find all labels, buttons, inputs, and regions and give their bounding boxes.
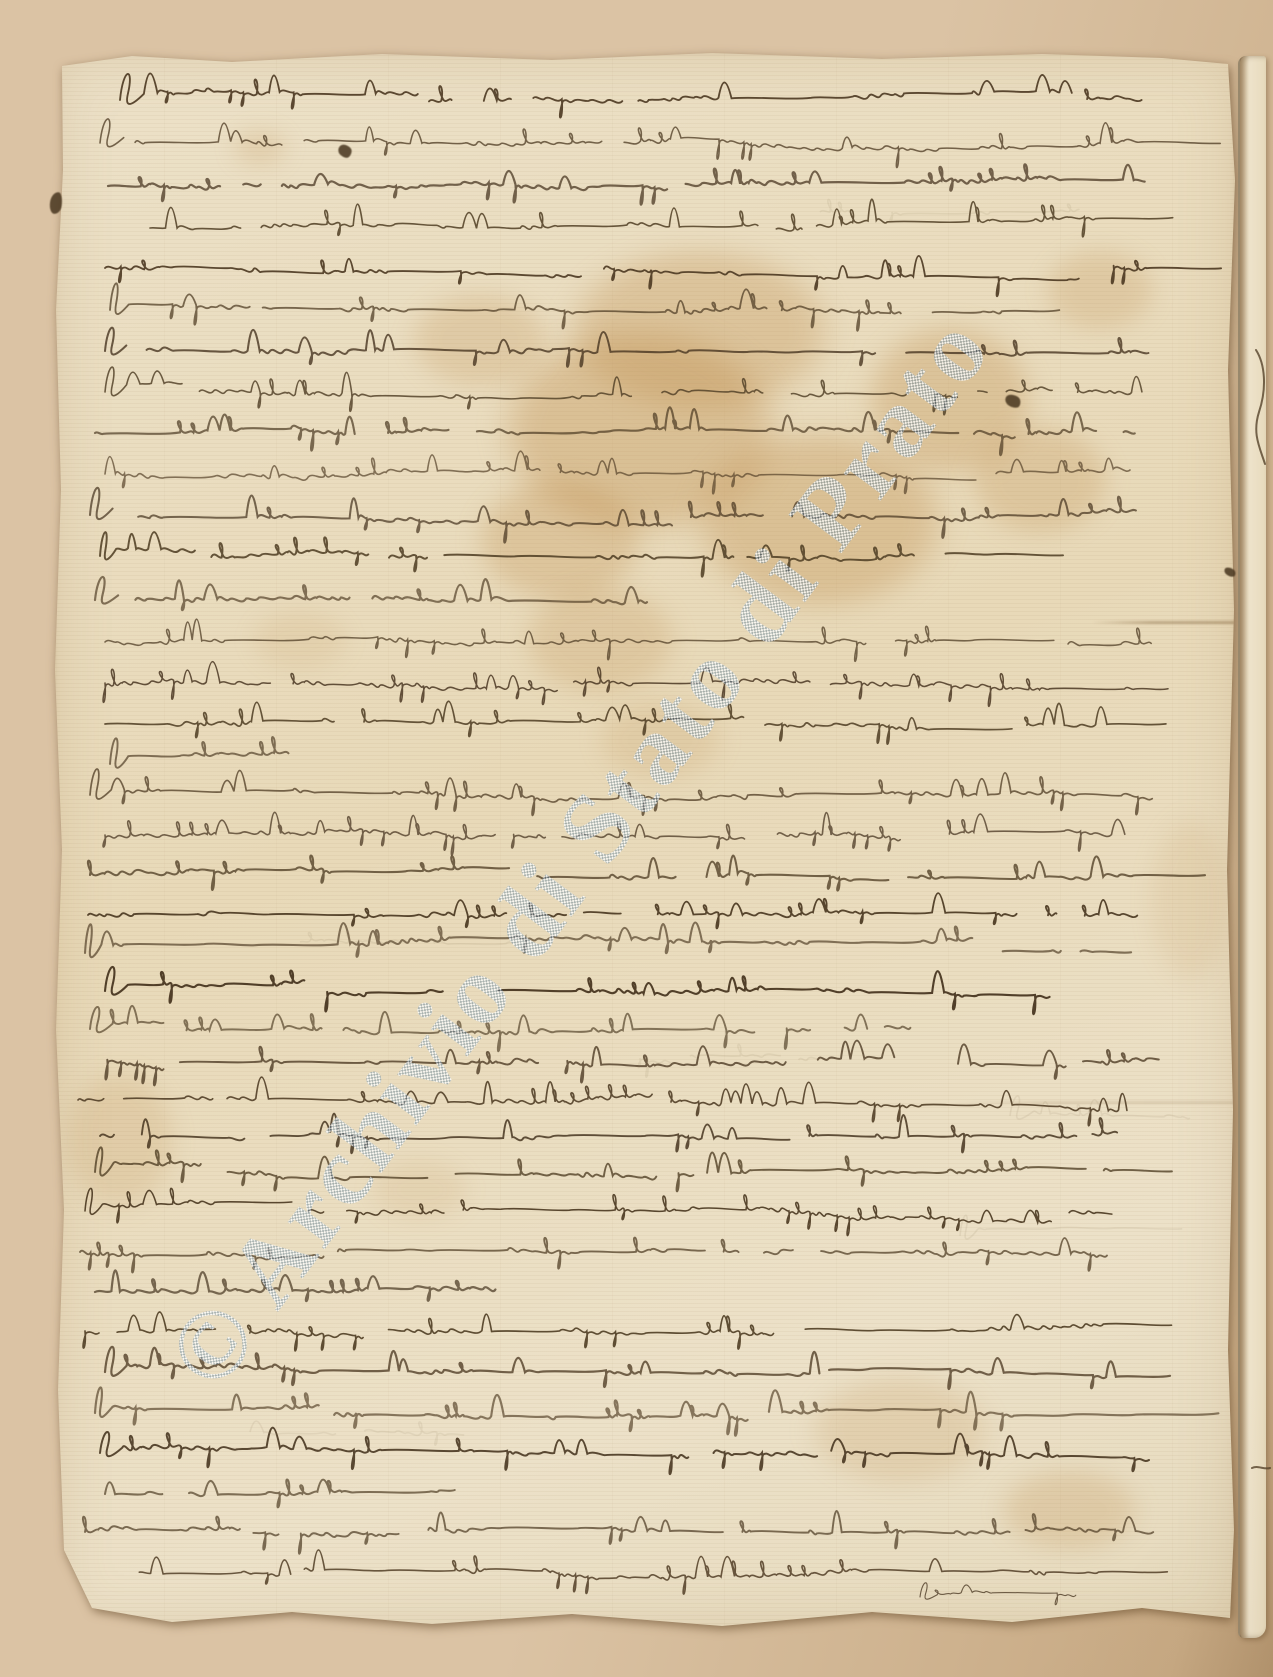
water-stain (230, 595, 370, 685)
water-stain (490, 560, 710, 720)
water-stain (440, 450, 680, 630)
water-stain (440, 280, 840, 580)
adjacent-page-edge (1238, 56, 1266, 1638)
water-stain (220, 120, 300, 176)
water-stain (770, 1350, 1030, 1510)
fold-crease-lower (952, 1101, 1273, 1104)
water-stain (350, 1145, 490, 1235)
water-stain (380, 270, 580, 410)
water-stain (1020, 230, 1180, 350)
water-stain (40, 1040, 200, 1240)
manuscript-page (52, 50, 1238, 1636)
water-stain (1130, 780, 1250, 1020)
water-stain (940, 400, 1140, 560)
water-stain (570, 680, 750, 800)
water-stain (830, 290, 1070, 510)
water-stain (640, 390, 1000, 650)
water-stain (510, 210, 890, 450)
scan-background: © Archivio di Stato di Prato (0, 0, 1273, 1677)
water-stain (970, 1450, 1170, 1570)
manuscript-page-wrap (0, 0, 1273, 1677)
